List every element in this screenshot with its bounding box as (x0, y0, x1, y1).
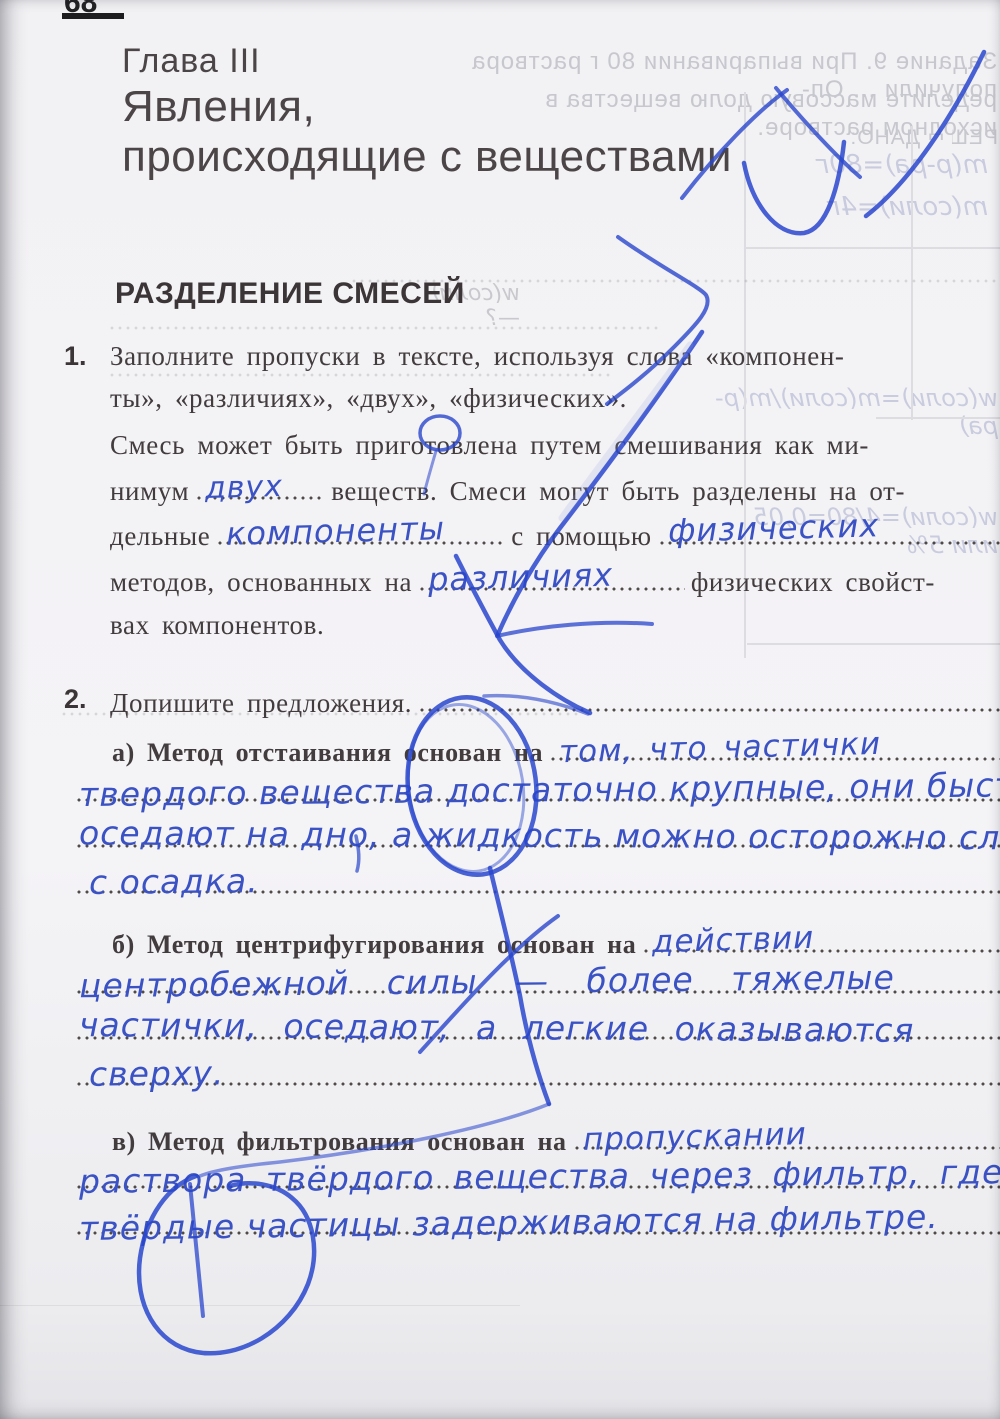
exercise1-prompt-line2: ты», «различиях», «двух», «физических». (110, 383, 627, 414)
exercise1-line3-mid: с помощью (511, 521, 651, 552)
chapter-label: Глава III (122, 42, 261, 81)
exercise2a-answer-line-1[interactable]: твердого вещества достаточно крупные, он… (75, 756, 1000, 802)
exercise2b-answer-line-1[interactable]: центробежной силы — более тяжелые (75, 948, 1000, 994)
exercise2-prompt-row: Допишите предложения. (110, 684, 1000, 719)
exercise1-line2-pre: нимум (110, 476, 189, 507)
exercise1-line3-pre: дельные (110, 521, 210, 552)
handwritten-answer-dvuh: двух (205, 469, 284, 506)
bleedthrough-dotrow-2 (108, 326, 660, 330)
exercise2b-answer-line-2[interactable]: частички, оседают, а легкие оказываются (75, 994, 1000, 1040)
chapter-title-line2: происходящие с веществами (122, 132, 732, 182)
exercise1-body-line4: методов, основанных на различиях физичес… (110, 563, 935, 598)
handwritten-2b-line3: сверху. (89, 1053, 225, 1093)
exercise2v-answer-line-1[interactable]: раствора твёрдого вещества через фильтр,… (75, 1143, 1000, 1189)
exercise2v-answer-line-2[interactable]: твёрдые частицы задерживаются на фильтре… (75, 1189, 1000, 1235)
handwritten-2a-line3: с осадка. (89, 861, 259, 902)
exercise2-number: 2. (64, 684, 87, 715)
exercise2-prompt-dots (418, 684, 1000, 712)
exercise1-body-line2: нимум двух веществ. Смеси могут быть раз… (110, 472, 935, 507)
exercise1-blank-3[interactable]: физических (658, 517, 1000, 545)
exercise1-blank-1[interactable]: двух (195, 472, 325, 500)
page-number-rule (62, 13, 124, 19)
exercise2b-answer-line-3[interactable]: сверху. (75, 1040, 1000, 1086)
exercise2a-answer-line-2[interactable]: оседают на дно, а жидкость можно осторож… (75, 802, 1000, 848)
exercise1-blank-4[interactable]: различиях (418, 563, 685, 591)
chapter-title-line1: Явления, (122, 82, 315, 132)
exercise1-body-line1: Смесь может быть приготовлена путем смеш… (110, 430, 869, 461)
section-title: РАЗДЕЛЕНИЕ СМЕСЕЙ (115, 277, 465, 311)
exercise1-line2-post: веществ. Смеси могут быть разделены на о… (331, 476, 905, 507)
exercise1-prompt-line1: Заполните пропуски в тексте, используя с… (110, 341, 844, 372)
handwritten-answer-fizicheskih: физических (667, 506, 879, 550)
exercise1-body-line5: вах компонентов. (110, 610, 324, 641)
exercise1-blank-2[interactable]: компоненты (216, 517, 505, 545)
handwritten-answer-komponenty: компоненты (226, 509, 446, 553)
handwritten-answer-razlichiyah: различиях (428, 556, 614, 599)
bleedthrough-dotrow-3 (108, 373, 613, 377)
exercise2-prompt: Допишите предложения. (110, 688, 412, 719)
exercise2a-answer-line-3[interactable]: с осадка. (75, 848, 1000, 894)
exercise1-number: 1. (64, 341, 87, 372)
exercise1-body-line3: дельные компоненты с помощью физических (110, 517, 1000, 552)
exercise1-line4-post: физических свойст- (691, 567, 935, 598)
exercise1-line4-pre: методов, основанных на (110, 567, 412, 598)
